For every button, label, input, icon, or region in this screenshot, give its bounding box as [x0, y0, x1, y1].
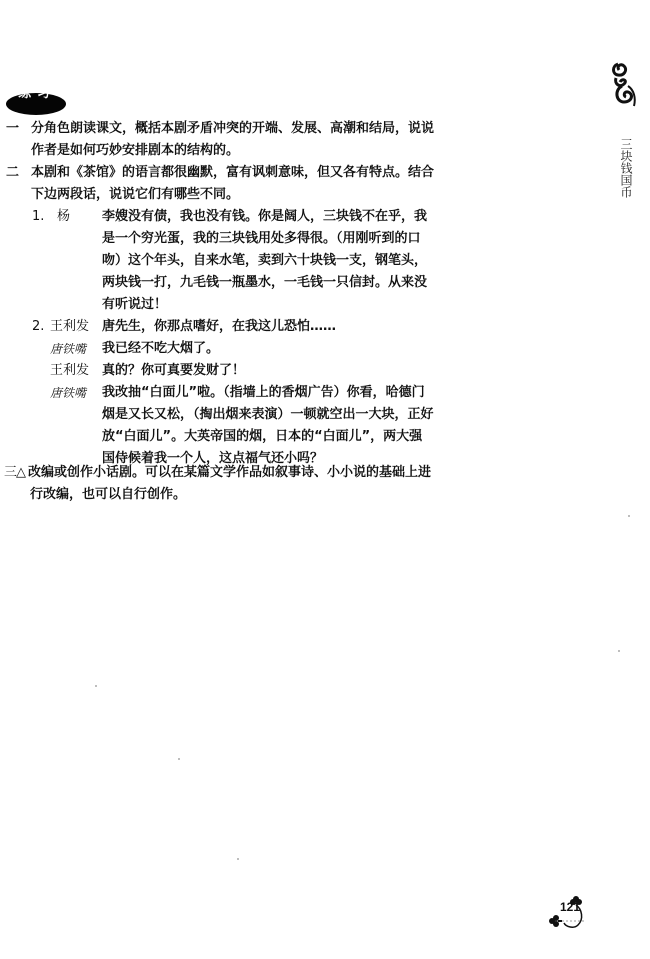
text-line: 真的？你可真要发财了！: [102, 360, 442, 382]
text-line: 作者是如何巧妙安排剧本的结构的。: [31, 140, 451, 162]
speaker-name: 唐铁嘴: [50, 338, 86, 360]
textbook-page: 练习 三块钱国币 一 分角色朗读课文，概括本剧矛盾冲突的开端、发展、高潮和结局，…: [0, 0, 650, 959]
text-line: 烟是又长又松，（掏出烟来表演）一顿就空出一大块，正好: [102, 404, 442, 426]
question-number: 一: [6, 118, 26, 140]
speech-text: 李嫂没有债，我也没有钱。你是阔人，三块钱不在乎，我 是一个穷光蛋，我的三块钱用处…: [102, 206, 442, 316]
scan-speck: [95, 685, 97, 687]
question-2: 二 本剧和《茶馆》的语言都很幽默，富有讽刺意味，但又各有特点。结合 下边两段话，…: [6, 162, 446, 206]
text-line: 唐先生，你那点嗜好，在我这儿恐怕……: [102, 316, 442, 338]
page-number-ornament: 121: [548, 895, 598, 935]
speaker-name: 王利发: [50, 360, 89, 382]
scan-speck: [178, 758, 180, 760]
speech-text: 真的？你可真要发财了！: [102, 360, 442, 382]
text-line: 是一个穷光蛋，我的三块钱用处多得很。（用刚听到的口: [102, 228, 442, 250]
scan-speck: [628, 515, 630, 517]
question-3: 三 △ 改编或创作小话剧。可以在某篇文学作品如叙事诗、小小说的基础上进 行改编，…: [4, 462, 444, 506]
speaker-name: 王利发: [50, 316, 89, 338]
question-body: 分角色朗读课文，概括本剧矛盾冲突的开端、发展、高潮和结局，说说 作者是如何巧妙安…: [31, 118, 451, 162]
exercise-badge-label: 练习: [18, 87, 56, 99]
page-number: 121: [560, 900, 580, 914]
speech-text: 唐先生，你那点嗜好，在我这儿恐怕……: [102, 316, 442, 338]
speaker-name: 杨: [57, 206, 70, 228]
question-number: 二: [6, 162, 26, 184]
text-line: 下边两段话，说说它们有哪些不同。: [31, 184, 451, 206]
text-line: 我改抽“白面儿”啦。（指墙上的香烟广告）你看，哈德门: [102, 382, 442, 404]
passage-2: 2. 王利发 唐先生，你那点嗜好，在我这儿恐怕……: [32, 316, 452, 338]
scroll-ornament-icon: [610, 60, 638, 110]
dialogue-row: 唐铁嘴 我已经不吃大烟了。: [32, 338, 452, 360]
question-1: 一 分角色朗读课文，概括本剧矛盾冲突的开端、发展、高潮和结局，说说 作者是如何巧…: [6, 118, 446, 162]
dialogue-row: 王利发 真的？你可真要发财了！: [32, 360, 452, 382]
text-line: 有听说过！: [102, 294, 442, 316]
text-line: 两块钱一打，九毛钱一瓶墨水，一毛钱一只信封。从来没: [102, 272, 442, 294]
text-line: 我已经不吃大烟了。: [102, 338, 442, 360]
chapter-side-title: 三块钱国币: [618, 138, 632, 198]
speaker-name: 唐铁嘴: [50, 382, 86, 404]
text-line: 改编或创作小话剧。可以在某篇文学作品如叙事诗、小小说的基础上进: [28, 462, 448, 484]
passage-index: 2.: [32, 316, 44, 338]
passage-index: 1.: [32, 206, 44, 228]
text-line: 李嫂没有债，我也没有钱。你是阔人，三块钱不在乎，我: [102, 206, 442, 228]
dialogue-row: 唐铁嘴 我改抽“白面儿”啦。（指墙上的香烟广告）你看，哈德门 烟是又长又松，（掏…: [32, 382, 452, 470]
speech-text: 我已经不吃大烟了。: [102, 338, 442, 360]
text-line: 放“白面儿”。大英帝国的烟，日本的“白面儿”，两大强: [102, 426, 442, 448]
text-line: 吻）这个年头，自来水笔，卖到六十块钱一支，钢笔头，: [102, 250, 442, 272]
question-body: 改编或创作小话剧。可以在某篇文学作品如叙事诗、小小说的基础上进 行改编，也可以自…: [28, 462, 448, 506]
text-line: 行改编，也可以自行创作。: [30, 484, 448, 506]
optional-marker: △: [16, 462, 26, 484]
question-body: 本剧和《茶馆》的语言都很幽默，富有讽刺意味，但又各有特点。结合 下边两段话，说说…: [31, 162, 451, 206]
passage-1: 1. 杨 李嫂没有债，我也没有钱。你是阔人，三块钱不在乎，我 是一个穷光蛋，我的…: [32, 206, 452, 316]
text-line: 本剧和《茶馆》的语言都很幽默，富有讽刺意味，但又各有特点。结合: [31, 162, 451, 184]
scan-speck: [618, 650, 620, 652]
speech-text: 我改抽“白面儿”啦。（指墙上的香烟广告）你看，哈德门 烟是又长又松，（掏出烟来表…: [102, 382, 442, 470]
text-line: 分角色朗读课文，概括本剧矛盾冲突的开端、发展、高潮和结局，说说: [31, 118, 451, 140]
scan-speck: [237, 858, 239, 860]
